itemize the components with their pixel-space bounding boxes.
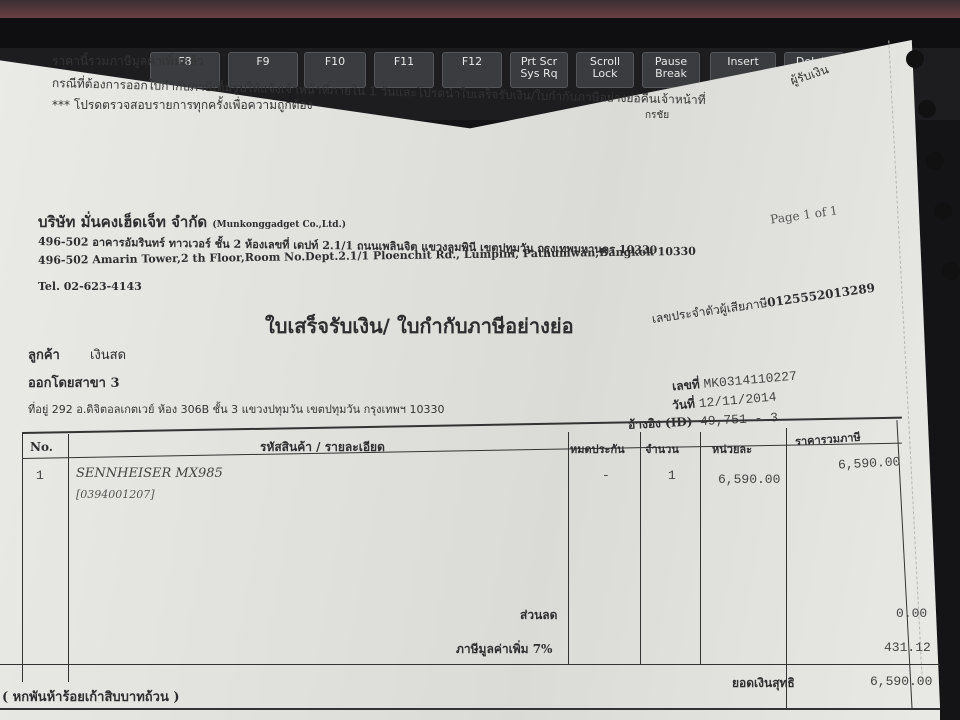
- discount-label: ส่วนลด: [520, 606, 557, 625]
- col-header-unit-price: หน่วยละ: [712, 440, 752, 458]
- key-prtscr: Prt Scr Sys Rq: [510, 52, 568, 88]
- company-name-th: บริษัท มั่นคงเฮ็ดเจ็ท จำกัด (Munkonggadg…: [38, 210, 346, 234]
- row-product-code: [0394001207]: [76, 488, 155, 501]
- row-description: SENNHEISER MX985: [76, 466, 223, 481]
- key-scroll-lock: Scroll Lock: [576, 52, 634, 88]
- col-header-description: รหัสสินค้า / รายละเอียด: [260, 438, 385, 457]
- row-qty: 1: [668, 468, 676, 483]
- net-total-label: ยอดเงินสุทธิ: [732, 674, 795, 693]
- key-f12: F12: [442, 52, 502, 88]
- laptop-edge: [0, 0, 960, 18]
- discount-value: 0.00: [896, 606, 927, 621]
- company-name-en: (Munkonggadget Co.,Ltd.): [212, 220, 346, 230]
- signature: กรชัย: [645, 108, 669, 123]
- row-no: 1: [36, 468, 44, 483]
- branch-address: ที่อยู่ 292 อ.ดิจิตอลเกตเวย์ ห้อง 306B ช…: [28, 400, 444, 418]
- check-items-note: *** โปรดตรวจสอบรายการทุกครั้งเพื่อความถู…: [52, 96, 312, 115]
- tractor-hole: [942, 262, 960, 280]
- document-title: ใบเสร็จรับเงิน/ ใบกำกับภาษีอย่างย่อ: [265, 310, 574, 342]
- issued-by: ออกโดยสาขา 3: [28, 372, 120, 393]
- vat-included-note: ราคานี้รวมภาษีมูลค่าเพิ่มแล้ว: [52, 52, 204, 71]
- tractor-hole: [906, 50, 924, 68]
- vat-value: 431.12: [884, 640, 931, 655]
- company-tel: Tel. 02-623-4143: [38, 280, 142, 293]
- vat-label: ภาษีมูลค่าเพิ่ม 7%: [456, 640, 552, 659]
- keyboard-strip: [0, 18, 960, 48]
- receipt-paper: [0, 40, 940, 720]
- tractor-hole: [918, 100, 936, 118]
- row-warranty: -: [602, 468, 610, 483]
- customer-value: เงินสด: [90, 344, 126, 365]
- tractor-hole: [934, 202, 952, 220]
- col-header-warranty: หมดประกัน: [570, 440, 625, 458]
- net-total-value: 6,590.00: [870, 674, 932, 689]
- customer-label: ลูกค้า: [28, 344, 60, 365]
- row-unit-price: 6,590.00: [718, 472, 780, 487]
- col-header-qty: จำนวน: [645, 440, 679, 458]
- amount-in-words: ( หกพันห้าร้อยเก้าสิบบาทถ้วน ): [2, 686, 180, 707]
- tractor-hole: [926, 152, 944, 170]
- col-header-no: No.: [30, 440, 53, 454]
- key-pause-break: Pause Break: [642, 52, 700, 88]
